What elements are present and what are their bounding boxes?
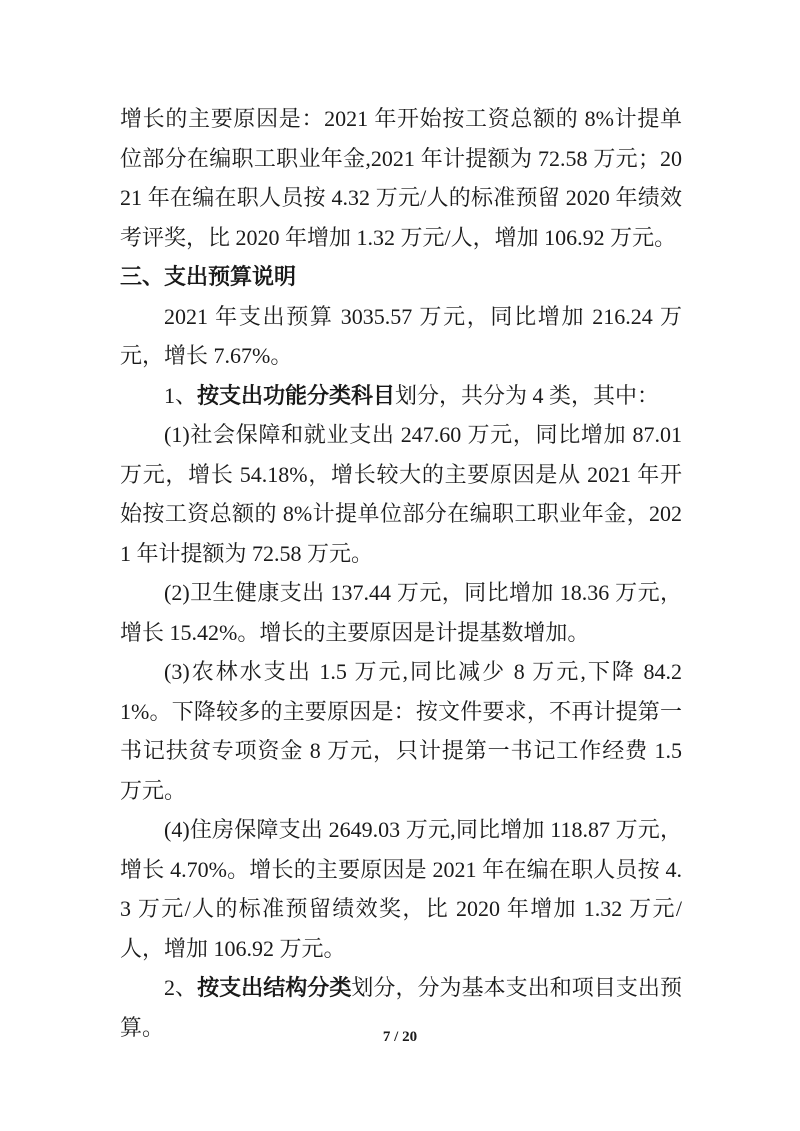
- document-body: 增长的主要原因是：2021 年开始按工资总额的 8%计提单位部分在编职工职业年金…: [120, 99, 682, 1047]
- paragraph-continuation: 增长的主要原因是：2021 年开始按工资总额的 8%计提单位部分在编职工职业年金…: [120, 99, 682, 257]
- paragraph-social-security: (1)社会保障和就业支出 247.60 万元，同比增加 87.01 万元，增长 …: [120, 415, 682, 573]
- paragraph-agriculture-water: (3)农林水支出 1.5 万元,同比减少 8 万元,下降 84.21%。下降较多…: [120, 652, 682, 810]
- item1-bold-label: 按支出功能分类科目: [197, 383, 395, 408]
- section-heading-expenditure-budget: 三、支出预算说明: [120, 257, 682, 297]
- item1-number: 1、: [164, 383, 197, 408]
- paragraph-expenditure-total: 2021 年支出预算 3035.57 万元，同比增加 216.24 万元，增长 …: [120, 297, 682, 376]
- document-page: 增长的主要原因是：2021 年开始按工资总额的 8%计提单位部分在编职工职业年金…: [0, 0, 800, 1131]
- item2-number: 2、: [164, 975, 197, 1000]
- item1-rest-text: 划分，共分为 4 类，其中：: [395, 383, 659, 408]
- page-number: 7 / 20: [0, 1029, 800, 1046]
- item2-bold-label: 按支出结构分类: [197, 975, 351, 1000]
- paragraph-housing-security: (4)住房保障支出 2649.03 万元,同比增加 118.87 万元，增长 4…: [120, 810, 682, 968]
- paragraph-item1: 1、按支出功能分类科目划分，共分为 4 类，其中：: [120, 376, 682, 416]
- paragraph-health: (2)卫生健康支出 137.44 万元，同比增加 18.36 万元，增长 15.…: [120, 573, 682, 652]
